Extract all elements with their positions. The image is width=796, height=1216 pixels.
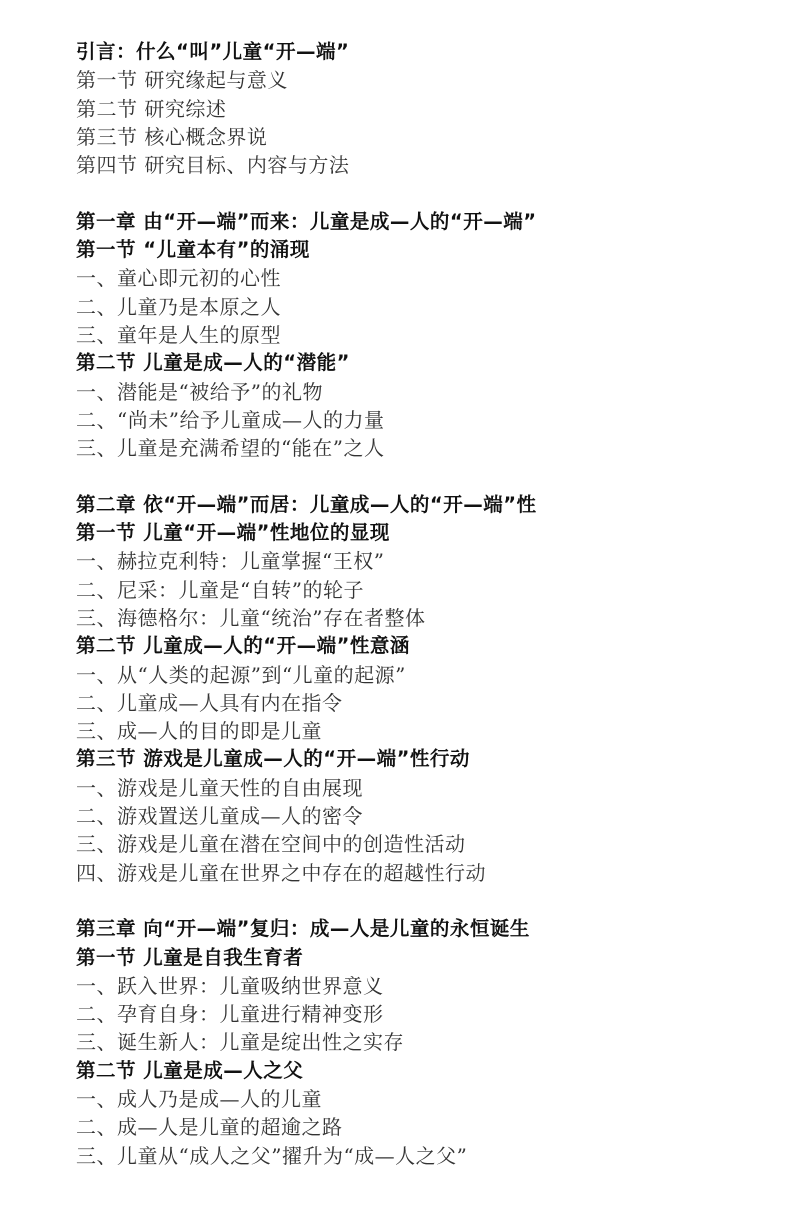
toc-entry: 一、潜能是“被给予”的礼物: [76, 378, 776, 406]
spacer: [76, 179, 776, 207]
toc-entry: 二、儿童成—人具有内在指令: [76, 689, 776, 717]
toc-entry: 二、儿童乃是本原之人: [76, 293, 776, 321]
section-heading: 第二节 儿童成—人的“开—端”性意涵: [76, 632, 776, 660]
toc-entry: 二、孕育自身：儿童进行精神变形: [76, 1000, 776, 1028]
toc-entry: 三、游戏是儿童在潜在空间中的创造性活动: [76, 830, 776, 858]
spacer: [76, 887, 776, 915]
toc-entry: 二、“尚未”给予儿童成—人的力量: [76, 406, 776, 434]
section-heading: 第二节 儿童是成—人的“潜能”: [76, 349, 776, 377]
section-heading: 第一节 儿童“开—端”性地位的显现: [76, 519, 776, 547]
toc-entry: 第四节 研究目标、内容与方法: [76, 151, 776, 179]
toc-entry: 第二节 研究综述: [76, 95, 776, 123]
chapter-heading: 第二章 依“开—端”而居：儿童成—人的“开—端”性: [76, 491, 776, 519]
toc-entry: 三、海德格尔：儿童“统治”存在者整体: [76, 604, 776, 632]
chapter-heading: 引言：什么“叫”儿童“开—端”: [76, 38, 776, 66]
section-heading: 第一节 儿童是自我生育者: [76, 944, 776, 972]
section-heading: 第一节 “儿童本有”的涌现: [76, 236, 776, 264]
toc-entry: 二、尼采：儿童是“自转”的轮子: [76, 576, 776, 604]
toc-entry: 第一节 研究缘起与意义: [76, 66, 776, 94]
toc-entry: 一、从“人类的起源”到“儿童的起源”: [76, 661, 776, 689]
toc-entry: 一、跃入世界：儿童吸纳世界意义: [76, 972, 776, 1000]
section-heading: 第三节 游戏是儿童成—人的“开—端”性行动: [76, 745, 776, 773]
toc-entry: 二、成—人是儿童的超逾之路: [76, 1113, 776, 1141]
spacer: [76, 462, 776, 490]
section-heading: 第二节 儿童是成—人之父: [76, 1057, 776, 1085]
toc-entry: 二、游戏置送儿童成—人的密令: [76, 802, 776, 830]
toc-entry: 三、童年是人生的原型: [76, 321, 776, 349]
toc-entry: 一、游戏是儿童天性的自由展现: [76, 774, 776, 802]
toc-entry: 一、童心即元初的心性: [76, 264, 776, 292]
toc-entry: 第三节 核心概念界说: [76, 123, 776, 151]
chapter-heading: 第一章 由“开—端”而来：儿童是成—人的“开—端”: [76, 208, 776, 236]
toc-entry: 三、儿童是充满希望的“能在”之人: [76, 434, 776, 462]
table-of-contents: 引言：什么“叫”儿童“开—端” 第一节 研究缘起与意义 第二节 研究综述 第三节…: [76, 38, 776, 1170]
toc-entry: 一、成人乃是成—人的儿童: [76, 1085, 776, 1113]
toc-entry: 三、儿童从“成人之父”擢升为“成—人之父”: [76, 1142, 776, 1170]
toc-entry: 一、赫拉克利特：儿童掌握“王权”: [76, 547, 776, 575]
toc-entry: 三、成—人的目的即是儿童: [76, 717, 776, 745]
toc-entry: 三、诞生新人：儿童是绽出性之实存: [76, 1028, 776, 1056]
chapter-heading: 第三章 向“开—端”复归：成—人是儿童的永恒诞生: [76, 915, 776, 943]
toc-entry: 四、游戏是儿童在世界之中存在的超越性行动: [76, 859, 776, 887]
